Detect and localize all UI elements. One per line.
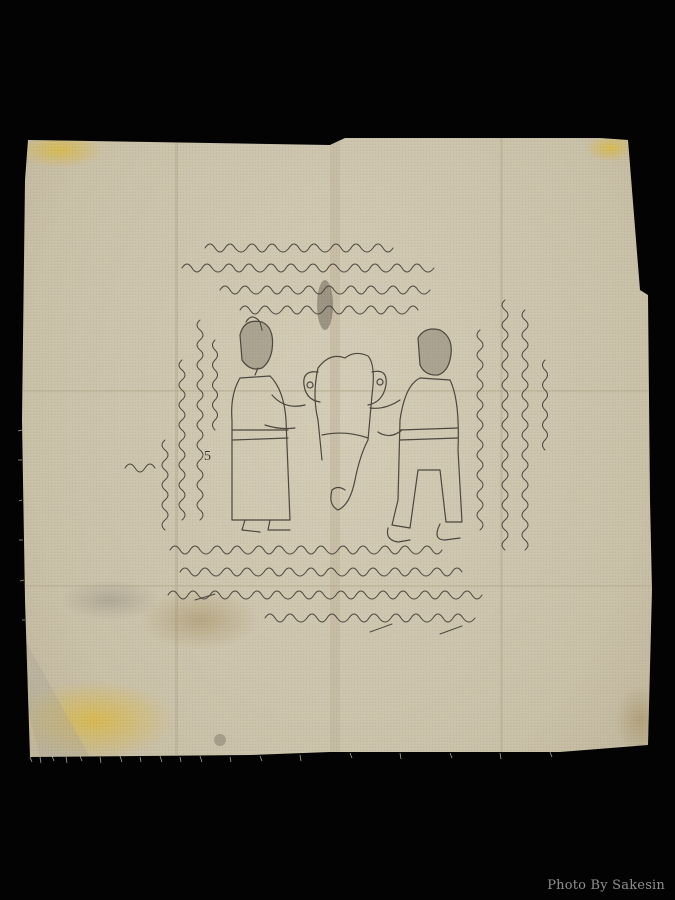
photograph: 5 Photo By Sakesin: [0, 0, 675, 900]
photo-credit: Photo By Sakesin: [547, 878, 665, 893]
numeral-five: 5: [204, 449, 211, 464]
talisman-cloth: 5: [0, 0, 675, 900]
